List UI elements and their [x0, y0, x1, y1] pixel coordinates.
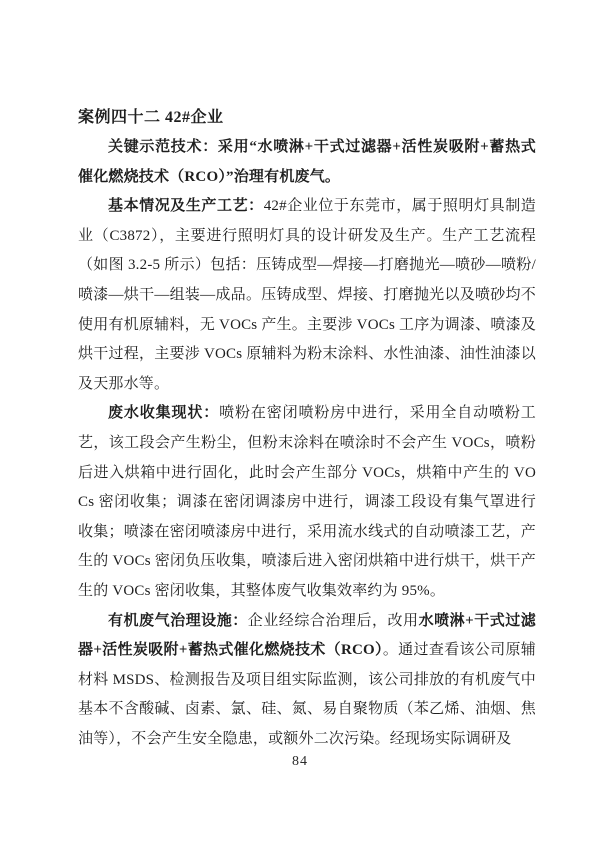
- paragraph-key-tech: 关键示范技术：采用“水喷淋+干式过滤器+活性炭吸附+蓄热式催化燃烧技术（RCO）…: [78, 133, 536, 192]
- document-body: 案例四十二 42#企业 关键示范技术：采用“水喷淋+干式过滤器+活性炭吸附+蓄热…: [78, 103, 536, 754]
- paragraph-treatment-facility: 有机废气治理设施：企业经综合治理后，改用水喷淋+干式过滤器+活性炭吸附+蓄热式催…: [78, 607, 536, 755]
- paragraph-basic-info: 基本情况及生产工艺：42#企业位于东莞市，属于照明灯具制造业（C3872），主要…: [78, 192, 536, 399]
- text-run: 喷粉在密闭喷粉房中进行，采用全自动喷粉工艺，该工段会产生粉尘，但粉末涂料在喷涂时…: [78, 405, 536, 599]
- document-page: 案例四十二 42#企业 关键示范技术：采用“水喷淋+干式过滤器+活性炭吸附+蓄热…: [0, 0, 600, 848]
- text-run-bold: 废水收集现状：: [108, 405, 219, 421]
- paragraph-collection-status: 废水收集现状：喷粉在密闭喷粉房中进行，采用全自动喷粉工艺，该工段会产生粉尘，但粉…: [78, 399, 536, 606]
- section-heading: 案例四十二 42#企业: [78, 103, 536, 133]
- text-run-bold: 关键示范技术：采用“水喷淋+干式过滤器+活性炭吸附+蓄热式催化燃烧技术（RCO）…: [78, 139, 536, 185]
- text-run: 企业经综合治理后，改用: [248, 613, 419, 629]
- page-number: 84: [0, 754, 600, 770]
- paragraph-list: 关键示范技术：采用“水喷淋+干式过滤器+活性炭吸附+蓄热式催化燃烧技术（RCO）…: [78, 133, 536, 754]
- text-run-bold: 有机废气治理设施：: [108, 613, 248, 629]
- text-run-bold: 基本情况及生产工艺：: [108, 198, 264, 214]
- text-run: 42#企业位于东莞市，属于照明灯具制造业（C3872），主要进行照明灯具的设计研…: [78, 198, 536, 392]
